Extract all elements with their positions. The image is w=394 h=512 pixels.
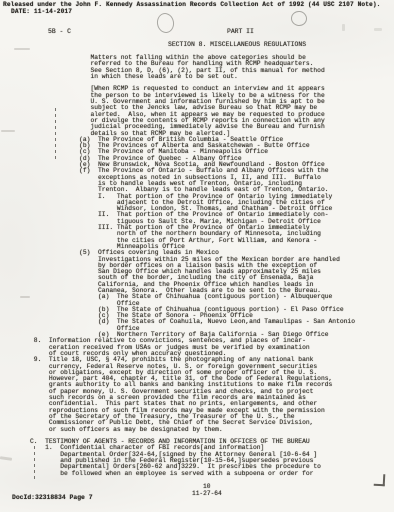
docid-label: DocId:32318834 Page 7 <box>12 494 93 501</box>
margin-revision-bar-icon <box>55 108 56 160</box>
footer-revision-date: 11-27-64 <box>192 490 222 497</box>
release-banner: Released under the John F. Kennedy Assas… <box>3 1 381 15</box>
release-banner-line1: Released under the John F. Kennedy Assas… <box>3 1 381 8</box>
margin-revision-bar-icon <box>34 446 35 479</box>
footer-page-number: 10 <box>203 483 210 490</box>
scan-smudge <box>20 296 30 298</box>
pencil-circle-mark-icon <box>155 12 175 35</box>
scan-smudge <box>1 130 15 132</box>
part-title: PART II <box>227 28 254 35</box>
scan-smudge <box>0 456 12 461</box>
corner-pen-mark-icon <box>374 474 386 487</box>
classification-label: 5B - C <box>48 28 71 35</box>
pencil-circle-mark-icon <box>290 10 307 27</box>
scan-smudge <box>374 28 382 31</box>
scanned-document-page: Released under the John F. Kennedy Assas… <box>0 0 394 512</box>
document-body-text: Matters not falling within the above cat… <box>30 55 355 477</box>
release-banner-date: DATE: 11-14-2017 <box>3 8 381 15</box>
scan-smudge <box>342 24 345 31</box>
section-title: SECTION 8. MISCELLANEOUS REGULATIONS <box>168 41 306 48</box>
scan-smudge <box>14 48 30 50</box>
